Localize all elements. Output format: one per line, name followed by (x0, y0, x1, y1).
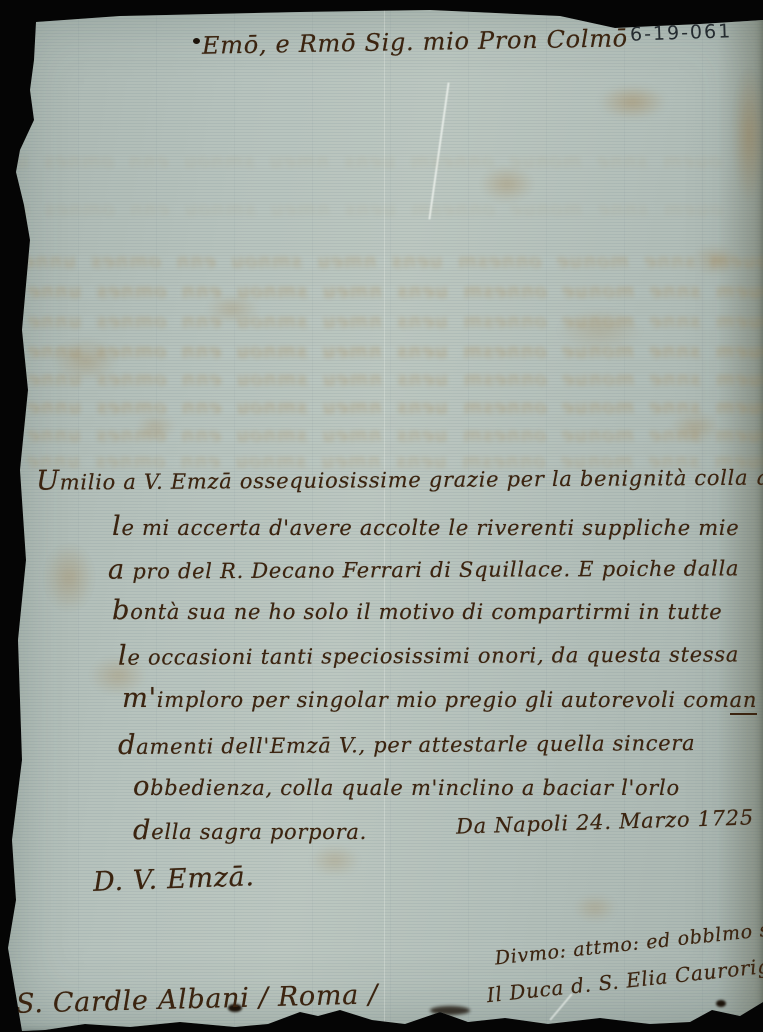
manuscript-paper: ouem snne monue onnesm uens nmeu smnou e… (0, 0, 763, 1032)
photo-backdrop: ouem snne monue onnesm uens nmeu smnou e… (0, 0, 763, 1032)
edge-shading (0, 0, 763, 1032)
